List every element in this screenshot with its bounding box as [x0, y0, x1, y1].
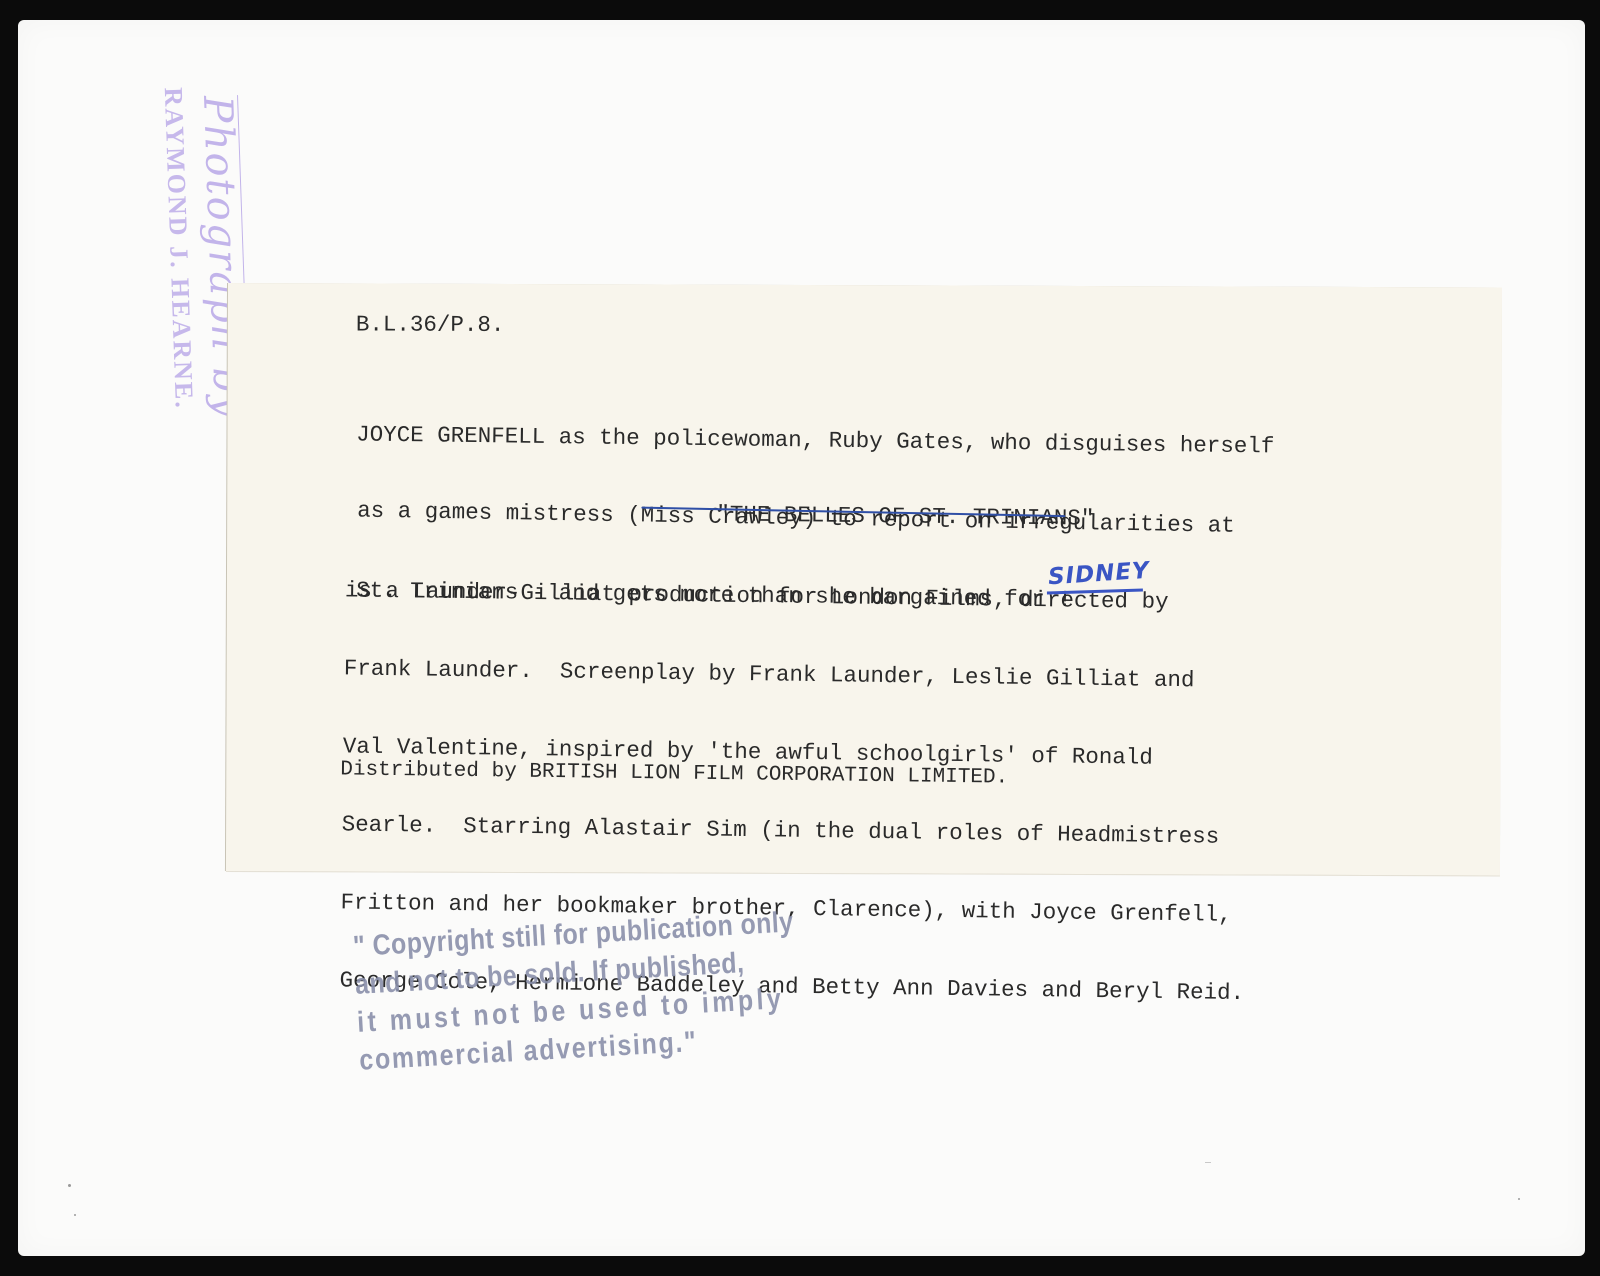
caption-line: Frank Launder. Screenplay by Frank Laund… [344, 655, 1249, 694]
dust-speck [74, 1214, 76, 1216]
copyright-stamp: " Copyright still for publication only a… [352, 905, 764, 1079]
dust-speck [1518, 1198, 1520, 1200]
caption-line: JOYCE GRENFELL as the policewoman, Ruby … [356, 421, 1274, 459]
photographer-stamp-name: RAYMOND J. HEARNE. [158, 87, 200, 422]
reference-number: B.L.36/P.8. [356, 311, 505, 338]
dust-speck [68, 1184, 71, 1187]
dust-speck [1205, 1162, 1211, 1163]
caption-line: Searle. Starring Alastair Sim (in the du… [342, 811, 1247, 850]
caption-card: B.L.36/P.8. JOYCE GRENFELL as the police… [226, 283, 1502, 875]
